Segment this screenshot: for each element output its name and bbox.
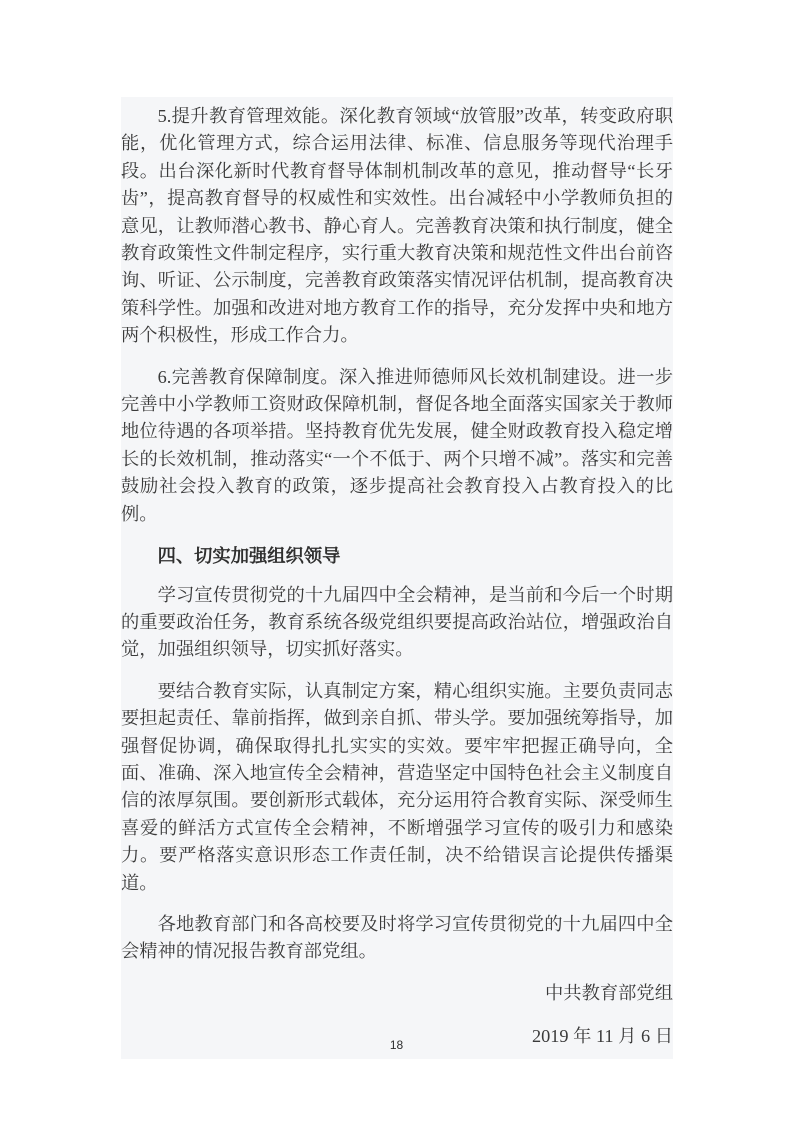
section-heading-strengthen-organizational-leadership: 四、切实加强组织领导 <box>121 542 673 569</box>
signature-line: 中共教育部党组 <box>121 980 673 1007</box>
paragraph-5-education-management-efficiency: 5.提升教育管理效能。深化教育领域“放管服”改革，转变政府职能，优化管理方式，综… <box>121 103 673 350</box>
document-text-block: 5.提升教育管理效能。深化教育领域“放管服”改革，转变政府职能，优化管理方式，综… <box>121 97 673 1059</box>
paragraph-implementation-requirements: 要结合教育实际，认真制定方案，精心组织实施。主要负责同志要担起责任、靠前指挥，做… <box>121 678 673 897</box>
paragraph-reporting-requirement: 各地教育部门和各高校要及时将学习宣传贯彻党的十九届四中全会精神的情况报告教育部党… <box>121 911 673 966</box>
page-number: 18 <box>0 1038 793 1052</box>
document-page: 5.提升教育管理效能。深化教育领域“放管服”改革，转变政府职能，优化管理方式，综… <box>0 0 793 1122</box>
paragraph-political-task: 学习宣传贯彻党的十九届四中全会精神，是当前和今后一个时期的重要政治任务，教育系统… <box>121 582 673 664</box>
paragraph-6-education-guarantee-system: 6.完善教育保障制度。深入推进师德师风长效机制建设。进一步完善中小学教师工资财政… <box>121 364 673 528</box>
